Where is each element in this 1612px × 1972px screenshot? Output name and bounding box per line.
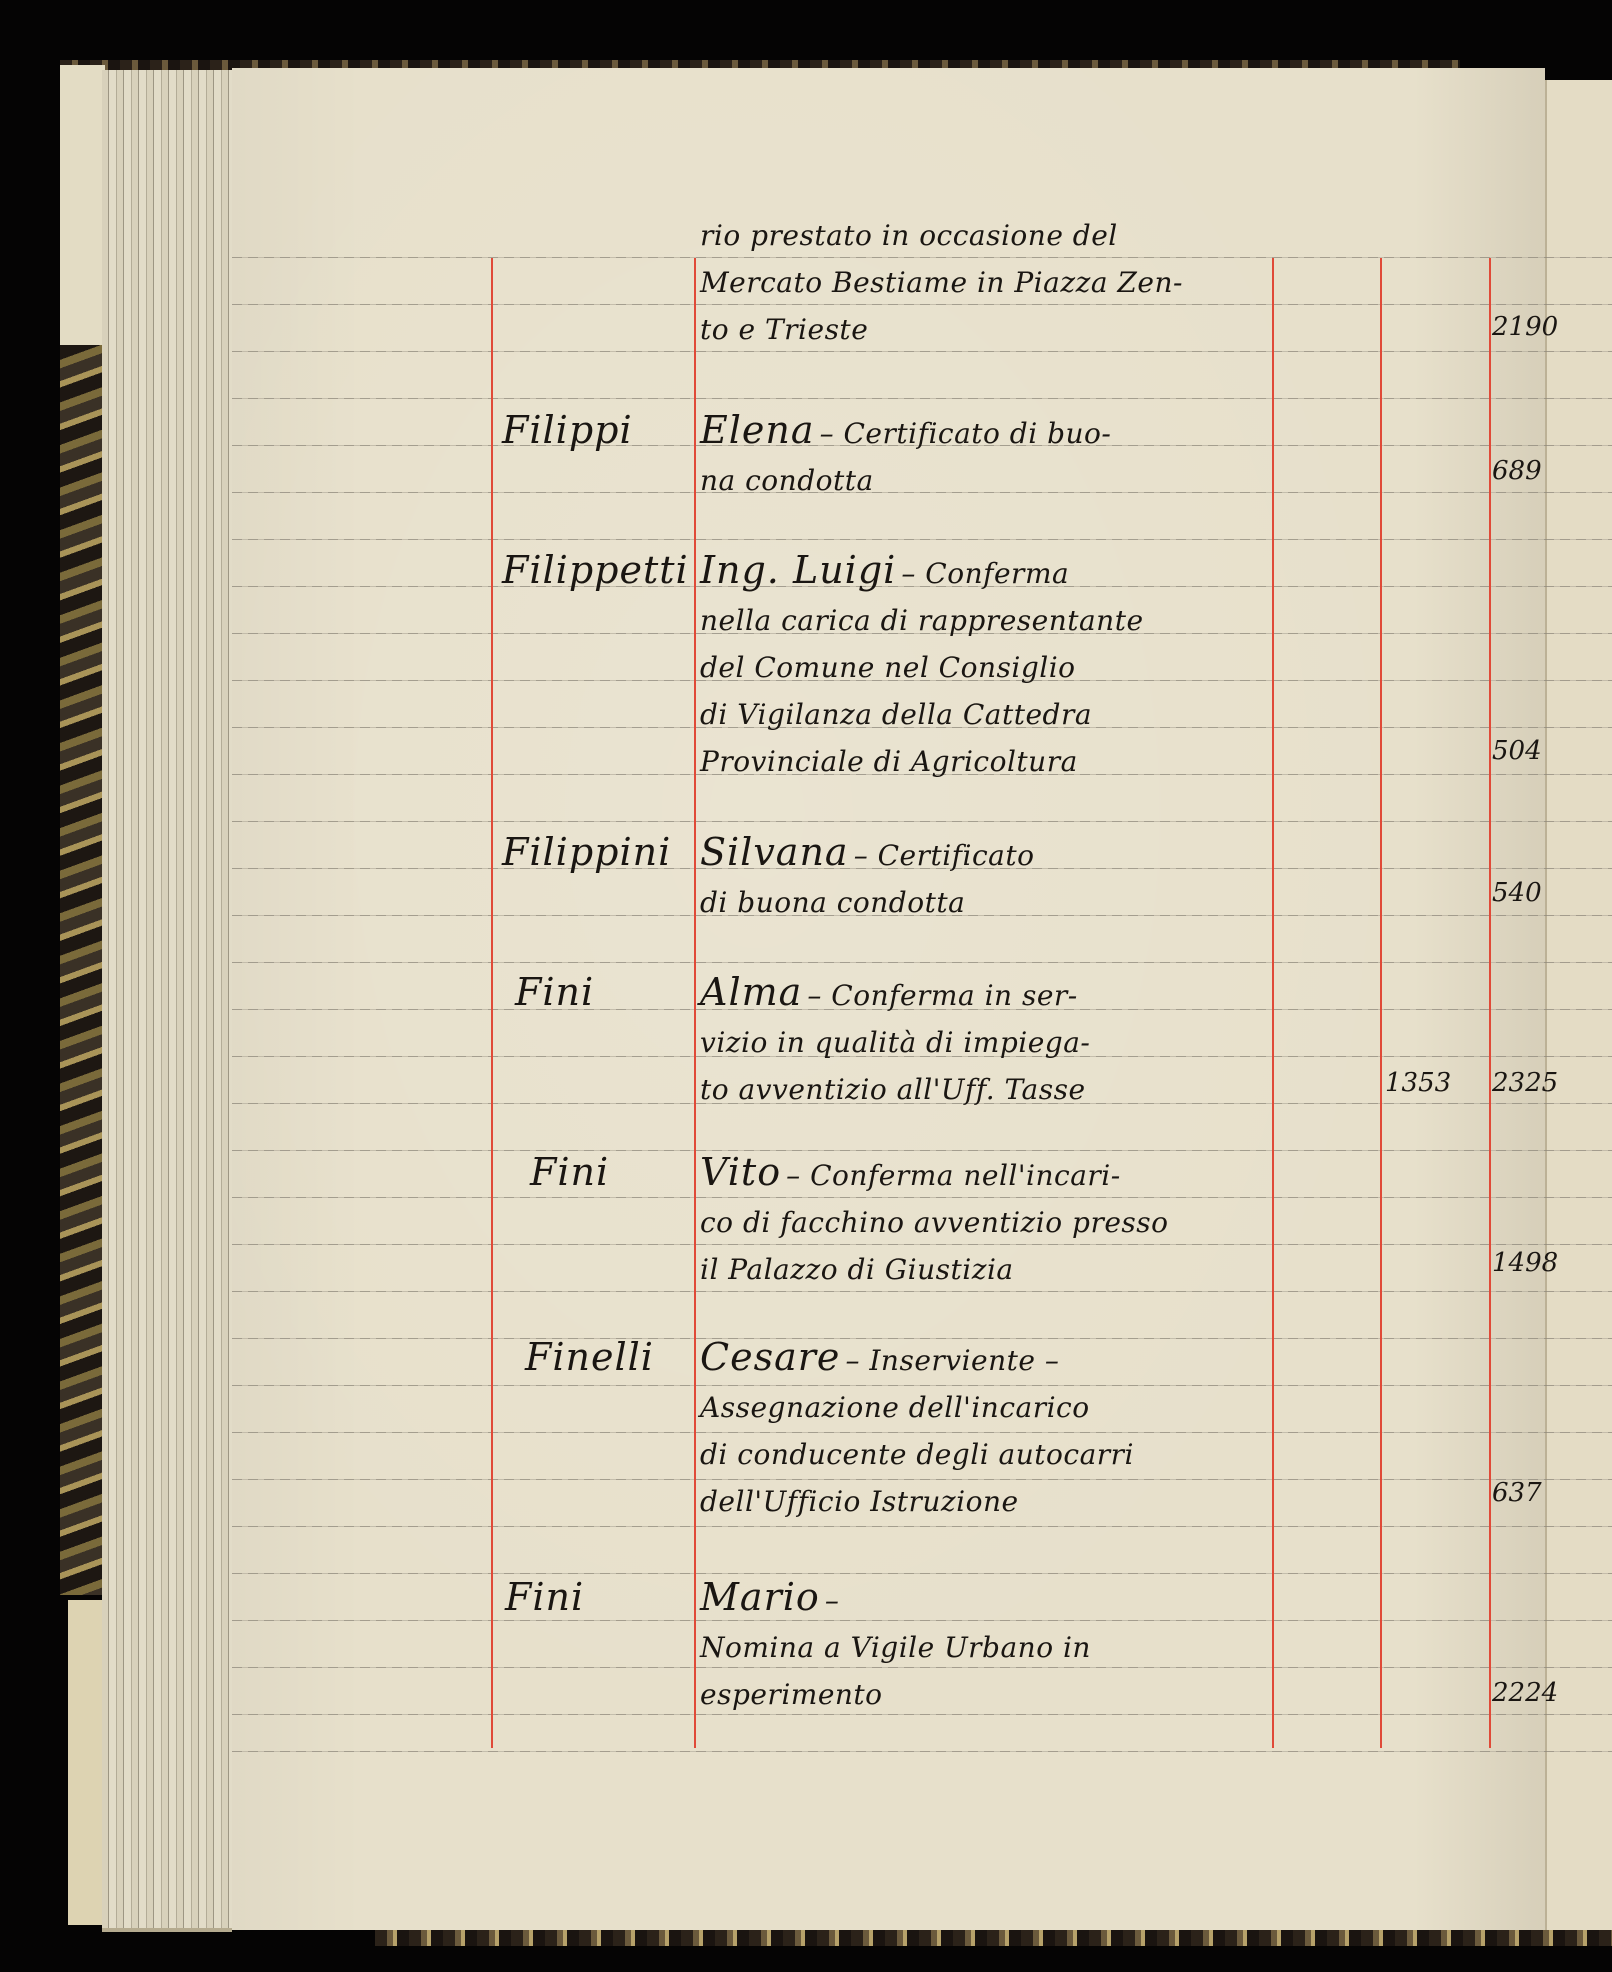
entry-description: Vito – Conferma nell'incari- co di facch… [700,1150,1169,1293]
description-line: Provinciale di Agricoltura [700,738,1144,785]
red-rule-number-right [1489,258,1491,1748]
description-line: esperimento [700,1671,1091,1718]
register-entry: Filippetti [502,548,689,592]
endpaper-top [60,65,105,345]
entry-description: Silvana – Certificato di buona condotta [700,830,1034,926]
entry-description: Alma – Conferma in ser- vizio in qualità… [700,970,1090,1113]
red-rule-description-right [1272,258,1274,1748]
description-line: di Vigilanza della Cattedra [700,691,1144,738]
red-rule-description-left [694,258,696,1748]
register-entry: Fini [515,970,594,1014]
description-line: – [825,1584,840,1617]
description-line: nella carica di rappresentante [700,597,1144,644]
entry-number: 1498 [1492,1248,1558,1278]
entry-given-name: Mario [700,1575,820,1619]
continuation-line: Mercato Bestiame in Piazza Zen- [700,259,1183,306]
entry-number: 540 [1492,878,1542,908]
entry-surname: Filippini [502,830,671,874]
entry-surname: Fini [515,970,594,1014]
description-line: il Palazzo di Giustizia [700,1246,1169,1293]
description-line: – Conferma nell'incari- [786,1159,1121,1192]
page-stack-edges [102,70,232,1932]
book-cover-marbled [60,345,105,1595]
entry-surname: Finelli [525,1335,654,1379]
entry-given-name: Elena [700,408,815,452]
entry-ref-number: 1353 [1385,1068,1451,1098]
entry-number: 2325 [1492,1068,1558,1098]
continuation-text: rio prestato in occasione del Mercato Be… [700,212,1183,353]
description-line: co di facchino avventizio presso [700,1199,1169,1246]
continuation-line: to e Trieste [700,306,1183,353]
entry-description: Elena – Certificato di buo- na condotta [700,408,1111,504]
entry-surname: Fini [530,1150,609,1194]
facing-page-edge [1545,80,1612,1930]
description-line: del Comune nel Consiglio [700,644,1144,691]
entry-given-name: Ing. Luigi [700,548,896,592]
description-line: dell'Ufficio Istruzione [700,1478,1134,1525]
register-entry: Fini [530,1150,609,1194]
register-entry: Finelli [525,1335,654,1379]
entry-surname: Filippi [502,408,633,452]
entry-number: 2224 [1492,1678,1558,1708]
register-entry: Fini [505,1575,584,1619]
description-line: – Certificato di buo- [820,417,1112,450]
description-line: – Inserviente – [845,1344,1059,1377]
continuation-line: rio prestato in occasione del [700,212,1183,259]
entry-number: 2190 [1492,312,1558,342]
entry-description: Cesare – Inserviente – Assegnazione dell… [700,1335,1134,1525]
entry-number: 637 [1492,1478,1542,1508]
entry-given-name: Cesare [700,1335,840,1379]
description-line: – Conferma [901,557,1069,590]
red-rule-ref-right [1380,258,1382,1748]
entry-description: Mario – Nomina a Vigile Urbano in esperi… [700,1575,1091,1718]
description-line: Assegnazione dell'incarico [700,1384,1134,1431]
description-line: – Conferma in ser- [807,979,1077,1012]
register-entry: Filippi [502,408,633,452]
entry-surname: Fini [505,1575,584,1619]
entry-number: 504 [1492,736,1542,766]
description-line: na condotta [700,457,1111,504]
entry-given-name: Silvana [700,830,849,874]
description-line: di conducente degli autocarri [700,1431,1134,1478]
description-line: – Certificato [854,839,1035,872]
description-line: vizio in qualità di impiega- [700,1019,1090,1066]
description-line: Nomina a Vigile Urbano in [700,1624,1091,1671]
description-line: to avventizio all'Uff. Tasse [700,1066,1090,1113]
entry-description: Ing. Luigi – Conferma nella carica di ra… [700,548,1144,785]
red-rule-surname-left [491,258,493,1748]
entry-surname: Filippetti [502,548,689,592]
entry-given-name: Alma [700,970,802,1014]
description-line: di buona condotta [700,879,1034,926]
entry-number: 689 [1492,456,1542,486]
entry-given-name: Vito [700,1150,781,1194]
register-entry: Filippini [502,830,671,874]
book-cover-bottom-edge [375,1928,1612,1946]
